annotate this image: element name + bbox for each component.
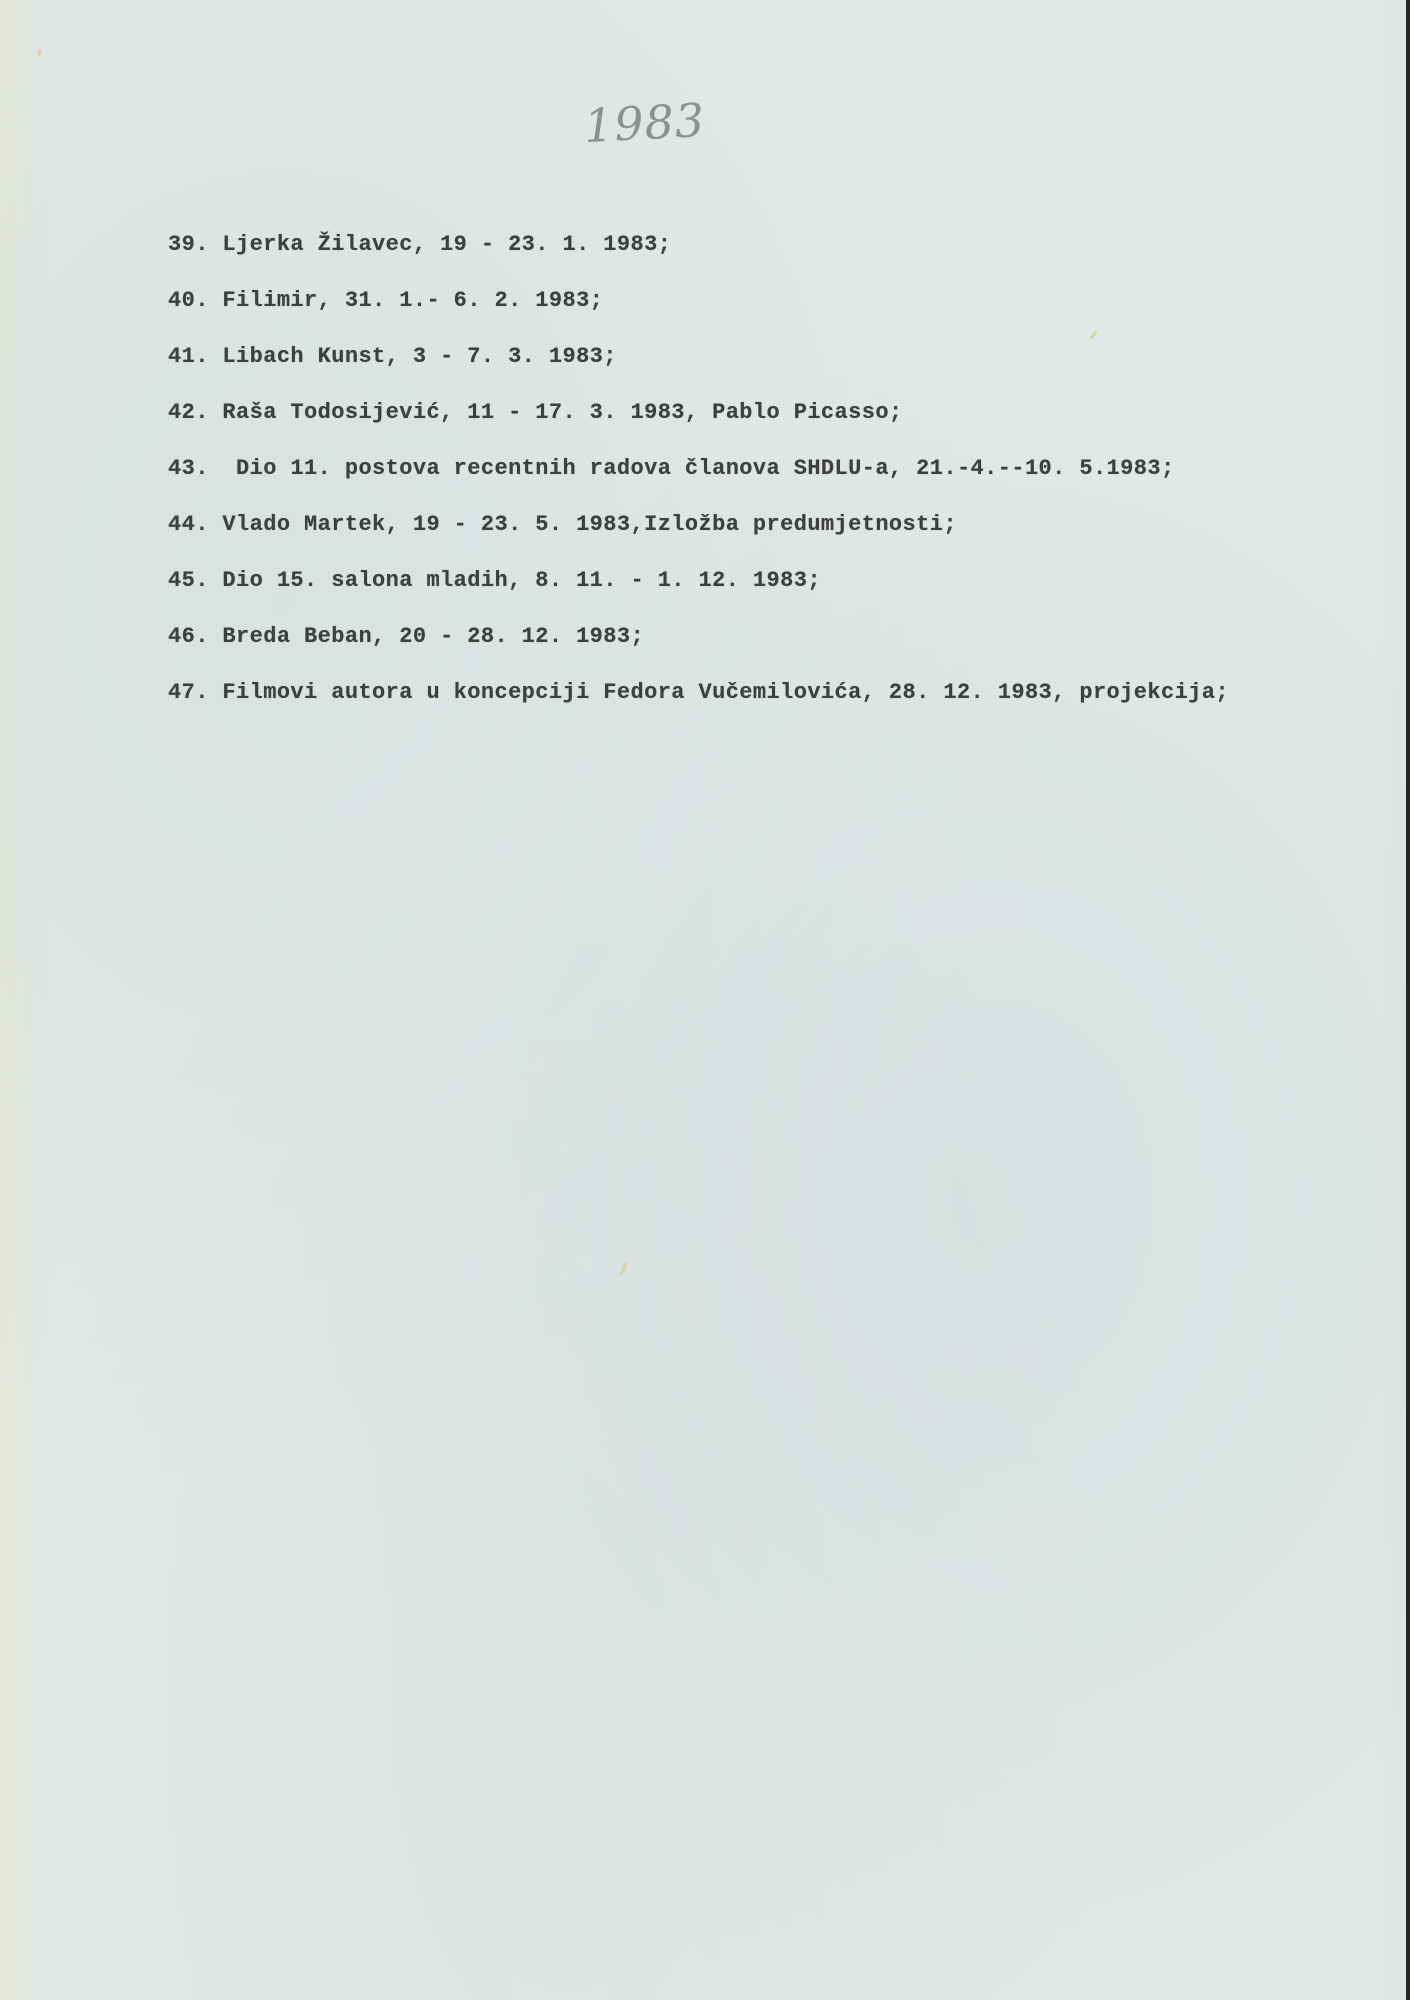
entry-number: 41.	[168, 344, 209, 370]
entry-text: Libach Kunst, 3 - 7. 3. 1983;	[222, 344, 616, 369]
entry-text: Breda Beban, 20 - 28. 12. 1983;	[222, 624, 644, 649]
page-edge-border	[1406, 0, 1410, 2000]
entry-text: Dio 11. postova recentnih radova članova…	[222, 456, 1174, 481]
entry-number: 47.	[168, 680, 209, 706]
entry-number: 43.	[168, 456, 209, 482]
entry-number: 39.	[168, 232, 209, 258]
paper-fiber-speck	[38, 50, 42, 56]
entry-text: Dio 15. salona mladih, 8. 11. - 1. 12. 1…	[222, 568, 821, 593]
entry-number: 42.	[168, 400, 209, 426]
entry-text: Raša Todosijević, 11 - 17. 3. 1983, Pabl…	[222, 400, 902, 425]
list-item: 40. Filimir, 31. 1.- 6. 2. 1983;	[168, 288, 1229, 314]
entry-text: Filimir, 31. 1.- 6. 2. 1983;	[222, 288, 603, 313]
entry-number: 40.	[168, 288, 209, 314]
entry-text: Filmovi autora u koncepciji Fedora Vučem…	[222, 680, 1229, 705]
list-item: 39. Ljerka Žilavec, 19 - 23. 1. 1983;	[168, 232, 1229, 258]
document-page: 1983 39. Ljerka Žilavec, 19 - 23. 1. 198…	[0, 0, 1410, 2000]
handwritten-year-header: 1983	[583, 93, 707, 153]
list-item: 47. Filmovi autora u koncepciji Fedora V…	[168, 680, 1229, 706]
entry-number: 44.	[168, 512, 209, 538]
list-item: 43. Dio 11. postova recentnih radova čla…	[168, 456, 1229, 482]
entry-text: Ljerka Žilavec, 19 - 23. 1. 1983;	[222, 232, 671, 257]
list-item: 44. Vlado Martek, 19 - 23. 5. 1983,Izlož…	[168, 512, 1229, 538]
paper-fiber-speck	[619, 1262, 628, 1276]
list-item: 45. Dio 15. salona mladih, 8. 11. - 1. 1…	[168, 568, 1229, 594]
entry-number: 45.	[168, 568, 209, 594]
entry-text: Vlado Martek, 19 - 23. 5. 1983,Izložba p…	[222, 512, 957, 537]
entry-number: 46.	[168, 624, 209, 650]
list-item: 42. Raša Todosijević, 11 - 17. 3. 1983, …	[168, 400, 1229, 426]
exhibition-list: 39. Ljerka Žilavec, 19 - 23. 1. 1983; 40…	[168, 232, 1229, 736]
list-item: 46. Breda Beban, 20 - 28. 12. 1983;	[168, 624, 1229, 650]
list-item: 41. Libach Kunst, 3 - 7. 3. 1983;	[168, 344, 1229, 370]
